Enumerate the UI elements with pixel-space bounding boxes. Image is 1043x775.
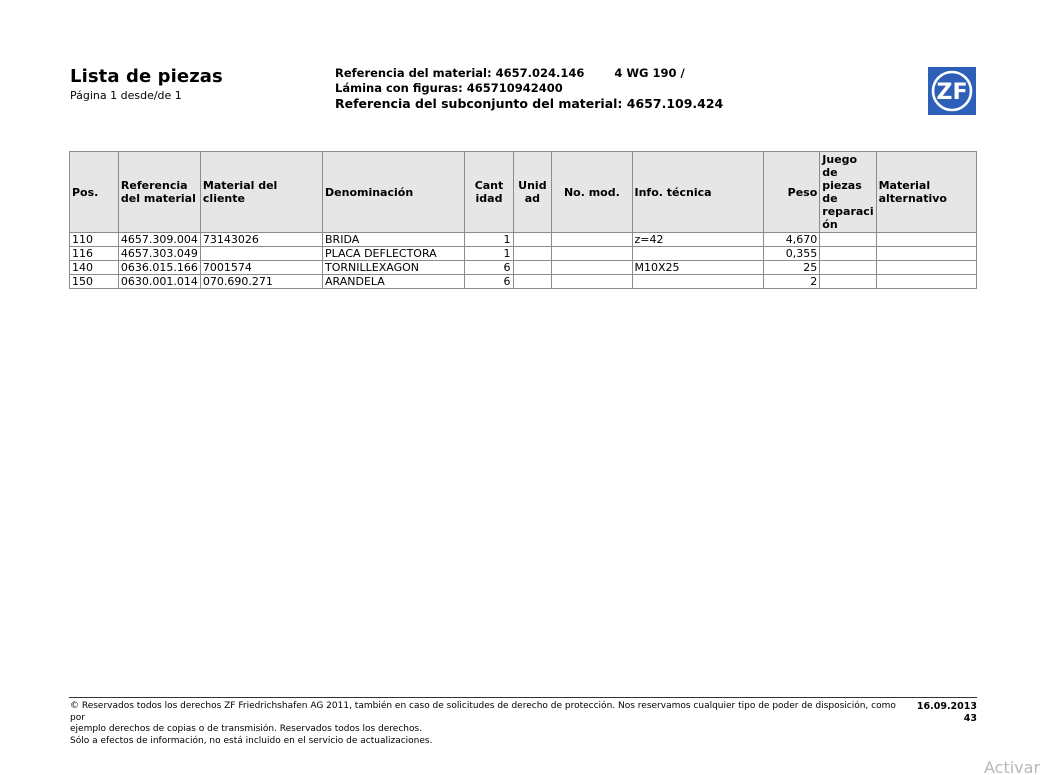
cell-repair-kit — [820, 261, 876, 275]
cell-denomination: PLACA DEFLECTORA — [323, 247, 465, 261]
cell-repair-kit — [820, 233, 876, 247]
cell-material-ref: 0636.015.166 — [118, 261, 200, 275]
cell-customer-material: 7001574 — [200, 261, 322, 275]
cell-technical-info: z=42 — [632, 233, 763, 247]
print-date: 16.09.2013 — [917, 701, 977, 713]
col-quantity: Cant idad — [465, 152, 513, 233]
cell-alternative-material — [876, 275, 976, 289]
cell-repair-kit — [820, 275, 876, 289]
cell-material-ref: 0630.001.014 — [118, 275, 200, 289]
cell-technical-info: M10X25 — [632, 261, 763, 275]
model-designation: 4 WG 190 / — [614, 66, 684, 80]
zf-logo-icon: ZF — [928, 67, 976, 115]
reference-block: Referencia del material: 4657.024.1464 W… — [335, 66, 723, 112]
cell-quantity: 6 — [465, 275, 513, 289]
page-title: Lista de piezas — [70, 66, 223, 87]
cell-mod-no — [552, 261, 632, 275]
col-repair-kit: Juego de piezas de reparaci ón — [820, 152, 876, 233]
subassembly-reference: Referencia del subconjunto del material:… — [335, 96, 723, 112]
table-row: 1104657.309.00473143026BRIDA1z=424,670 — [70, 233, 977, 247]
page-info: Página 1 desde/de 1 — [70, 89, 182, 102]
activation-watermark: Activar — [984, 758, 1040, 775]
cell-unit — [513, 275, 552, 289]
cell-denomination: ARANDELA — [323, 275, 465, 289]
cell-mod-no — [552, 233, 632, 247]
footer-line-3: Sólo a efectos de información, no está i… — [70, 736, 910, 748]
cell-mod-no — [552, 275, 632, 289]
col-unit: Unid ad — [513, 152, 552, 233]
cell-unit — [513, 233, 552, 247]
cell-pos: 110 — [70, 233, 119, 247]
cell-technical-info — [632, 275, 763, 289]
cell-material-ref: 4657.303.049 — [118, 247, 200, 261]
cell-customer-material — [200, 247, 322, 261]
table-header-row: Pos. Referencia del material Material de… — [70, 152, 977, 233]
cell-material-ref: 4657.309.004 — [118, 233, 200, 247]
cell-repair-kit — [820, 247, 876, 261]
zf-logo-text: ZF — [937, 80, 968, 105]
cell-alternative-material — [876, 247, 976, 261]
material-reference: Referencia del material: 4657.024.146 — [335, 66, 584, 80]
cell-alternative-material — [876, 261, 976, 275]
cell-weight: 25 — [763, 261, 820, 275]
cell-weight: 0,355 — [763, 247, 820, 261]
parts-table: Pos. Referencia del material Material de… — [69, 151, 977, 289]
cell-mod-no — [552, 247, 632, 261]
footer-line-1: © Reservados todos los derechos ZF Fried… — [70, 701, 910, 724]
col-technical-info: Info. técnica — [632, 152, 763, 233]
col-customer-material: Material del cliente — [200, 152, 322, 233]
cell-denomination: BRIDA — [323, 233, 465, 247]
table-row: 1400636.015.1667001574TORNILLEXAGON6M10X… — [70, 261, 977, 275]
cell-unit — [513, 247, 552, 261]
col-material-ref: Referencia del material — [118, 152, 200, 233]
col-pos: Pos. — [70, 152, 119, 233]
cell-pos: 140 — [70, 261, 119, 275]
cell-customer-material: 73143026 — [200, 233, 322, 247]
cell-pos: 150 — [70, 275, 119, 289]
cell-alternative-material — [876, 233, 976, 247]
cell-customer-material: 070.690.271 — [200, 275, 322, 289]
cell-quantity: 6 — [465, 261, 513, 275]
cell-weight: 4,670 — [763, 233, 820, 247]
figure-sheet: Lámina con figuras: 465710942400 — [335, 81, 723, 96]
table-row: 1164657.303.049PLACA DEFLECTORA10,355 — [70, 247, 977, 261]
cell-quantity: 1 — [465, 233, 513, 247]
col-mod-no: No. mod. — [552, 152, 632, 233]
col-denomination: Denominación — [323, 152, 465, 233]
cell-weight: 2 — [763, 275, 820, 289]
col-weight: Peso — [763, 152, 820, 233]
footer-meta: 16.09.2013 43 — [917, 701, 977, 724]
page-number: 43 — [917, 713, 977, 725]
table-body: 1104657.309.00473143026BRIDA1z=424,67011… — [70, 233, 977, 289]
cell-technical-info — [632, 247, 763, 261]
col-alternative-material: Material alternativo — [876, 152, 976, 233]
cell-denomination: TORNILLEXAGON — [323, 261, 465, 275]
table-row: 1500630.001.014070.690.271ARANDELA62 — [70, 275, 977, 289]
cell-unit — [513, 261, 552, 275]
footer-copyright: © Reservados todos los derechos ZF Fried… — [70, 701, 910, 747]
footer-divider — [69, 697, 977, 698]
cell-quantity: 1 — [465, 247, 513, 261]
cell-pos: 116 — [70, 247, 119, 261]
footer-line-2: ejemplo derechos de copias o de transmis… — [70, 724, 910, 736]
